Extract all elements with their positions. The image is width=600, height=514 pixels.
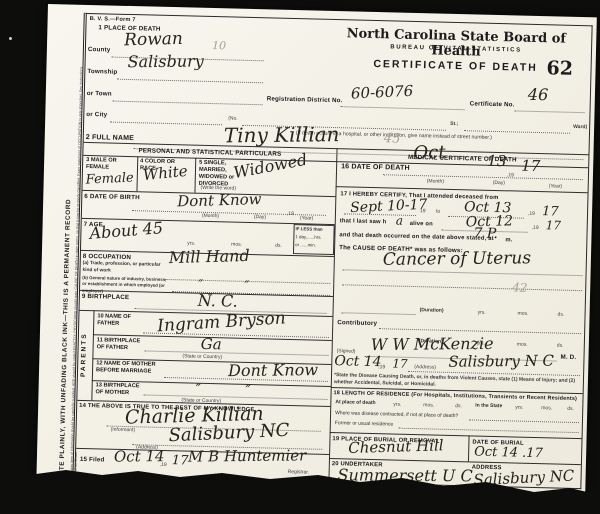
dod-month-note: (Month) [427, 178, 444, 184]
last-saw-19-print: ,19 [532, 225, 539, 231]
age-value: About 45 [89, 220, 164, 242]
res-yrs-2: yrs. [515, 405, 523, 411]
cause-line-1 [343, 268, 583, 276]
mother-name-value: Dont Know [228, 362, 318, 379]
filed-year-value: 17 [172, 454, 189, 467]
form-number: B. V. S.—Form 7 [90, 16, 136, 23]
filed-date-value: Oct 14 [114, 449, 165, 465]
duration2-mos-note: mos. [517, 342, 528, 348]
if-less-line3: or ......min. [295, 242, 316, 248]
dob-value: Dont Know [177, 192, 262, 209]
dob-month-note: (Month) [202, 213, 219, 219]
dod-year-note: (Year) [549, 183, 563, 189]
last-saw-label: that I last saw h [340, 218, 387, 225]
if-less-line1: IF LESS than [296, 226, 323, 232]
father-name-label: 10 NAME OF FATHER [97, 313, 143, 328]
to-word: to [436, 209, 440, 215]
res-yrs-1: yrs. [393, 402, 401, 408]
duration-mos-note: mos. [518, 311, 529, 317]
duration-yrs-note: yrs. [478, 310, 486, 316]
county-pencil-note: 10 [212, 39, 226, 52]
race-value: White [142, 164, 188, 183]
attended-to-year: 17 [542, 205, 559, 218]
res-mos-1: mos. [423, 402, 434, 408]
death-time-value: 7 P. [473, 226, 498, 241]
duration-line [342, 311, 416, 315]
registration-district-line [341, 105, 465, 110]
last-saw-hw: a [396, 215, 403, 227]
township-line [117, 78, 263, 84]
physician-signature: W W McKenzie [371, 336, 494, 353]
if-less-line2: 1 day,......hrs. [295, 234, 321, 240]
street-suffix-label: St.; [450, 121, 458, 127]
town-label: or Town [87, 90, 112, 98]
date-of-death-month: Oct [413, 144, 446, 163]
cause-pencil-note: 42 [512, 280, 528, 294]
city-label: or City [86, 111, 107, 119]
contracted-label: Where was disease contracted, if not at … [335, 410, 458, 419]
informant-address: Salisbury NC [168, 422, 290, 445]
ward-label: Ward) [573, 124, 587, 130]
parents-label: PARENTS [79, 314, 92, 396]
duration-label: (Duration) [420, 307, 444, 314]
attended-to-19-print: ,19 [528, 211, 535, 217]
dod-line [383, 173, 583, 180]
sex-value: Female [85, 171, 133, 186]
father-birthplace-line [145, 349, 329, 355]
certificate-no-value: 46 [528, 87, 549, 103]
father-birthplace-note: (State or Country) [182, 353, 222, 360]
full-name-pencil-note: 45 [384, 131, 401, 146]
dob-day-note: (Day) [254, 214, 266, 220]
contributory-label: Contributory [337, 319, 377, 327]
mother-birthplace-label: 13 BIRTHPLACE OF MOTHER [95, 382, 147, 397]
signed-year-value: 17 [392, 358, 408, 370]
township-value: Salisbury [128, 53, 204, 70]
signed-date-value: Oct 14 [334, 354, 382, 369]
registration-district-value: 60-6076 [351, 84, 414, 102]
res-ds-1: ds. [455, 403, 462, 409]
attended-19-print: 19 [420, 208, 426, 214]
age-yrs-note: yrs. [187, 240, 195, 246]
res-mos-2: mos. [541, 405, 552, 411]
town-line [113, 100, 263, 106]
city-line [110, 121, 222, 126]
full-name-label: 2 FULL NAME [86, 134, 135, 142]
cell-divider [194, 158, 196, 193]
stamp-number: 62 [546, 57, 573, 80]
occupation-a-value: Mill Hand [169, 248, 250, 266]
duration2-ds-note: ds. [557, 343, 564, 349]
registrar-note: Registrar. [288, 469, 310, 476]
burial-date-value: Oct 14 .17 [474, 446, 543, 461]
father-birthplace-label: 11 BIRTHPLACE OF FATHER [97, 337, 147, 352]
date-of-death-day: 13 [487, 154, 506, 169]
res-ds-2: ds. [567, 406, 574, 412]
at-place-label: At place of death [335, 399, 375, 406]
contracted-line [469, 418, 579, 423]
alive-on-label: alive on [410, 221, 433, 228]
street-no-label: (No. [228, 115, 238, 121]
full-name-value: Tiny Killian [224, 124, 340, 145]
signed-19-print: ,19 [378, 364, 385, 370]
age-ds-note: ds. [275, 243, 282, 249]
certificate-paper: WRITE PLAINLY, WITH UNFADING BLACK INK—T… [36, 4, 597, 507]
certificate-no-label: Certificate No. [470, 100, 515, 108]
dod-day-note: (Day) [493, 180, 505, 186]
ward-line [464, 129, 570, 134]
last-saw-year: 17 [546, 219, 562, 231]
cause-of-death-value: Cancer of Uterus [383, 250, 531, 269]
dob-label: 6 DATE OF BIRTH [84, 193, 140, 201]
scan-speck [9, 37, 12, 40]
informant-note: (Informant) [111, 427, 136, 434]
county-value: Rowan [124, 31, 183, 50]
certificate-form: B. V. S.—Form 7 1 PLACE OF DEATH County … [72, 13, 592, 489]
signed-address-value: Salisbury N C [448, 354, 554, 370]
date-of-death-year: 17 [521, 159, 540, 174]
cause-line-2 [342, 283, 582, 291]
dob-line [132, 209, 326, 216]
cell-divider [136, 156, 138, 191]
birthplace-label: 9 BIRTHPLACE [82, 293, 130, 301]
dob-19-print: ,19 [287, 211, 294, 217]
occupation-label: 8 OCCUPATION [83, 253, 131, 261]
burial-value: Chesnut Hill [348, 438, 444, 456]
m-label: m. [505, 237, 512, 243]
cell-divider [468, 435, 470, 461]
county-label: County [88, 46, 111, 54]
md-label: M. D. [560, 354, 576, 361]
date-of-death-label: 16 DATE OF DEATH [341, 163, 410, 172]
birthplace-value: N. C. [198, 293, 238, 310]
former-residence-line [399, 427, 579, 433]
registration-district-label: Registration District No. [267, 95, 343, 104]
township-label: Township [87, 68, 117, 76]
former-residence-label: Former or usual residence [335, 420, 393, 427]
duration-ds-note: ds. [557, 312, 564, 318]
death-occurred-label: and that death occurred on the date abov… [339, 232, 493, 242]
in-state-label: In the State [475, 403, 502, 410]
mother-name-label: 12 NAME OF MOTHER BEFORE MARRIAGE [96, 360, 160, 376]
dob-year-note: (Year) [300, 215, 314, 221]
registrar-signature: M B Huntemier [188, 448, 306, 464]
filed-label: 15 Filed [80, 456, 105, 464]
certificate-no-line [515, 109, 585, 113]
sex-label: 3 MALE OR FEMALE [86, 157, 130, 172]
filed-19-print: ,19 [160, 462, 167, 468]
